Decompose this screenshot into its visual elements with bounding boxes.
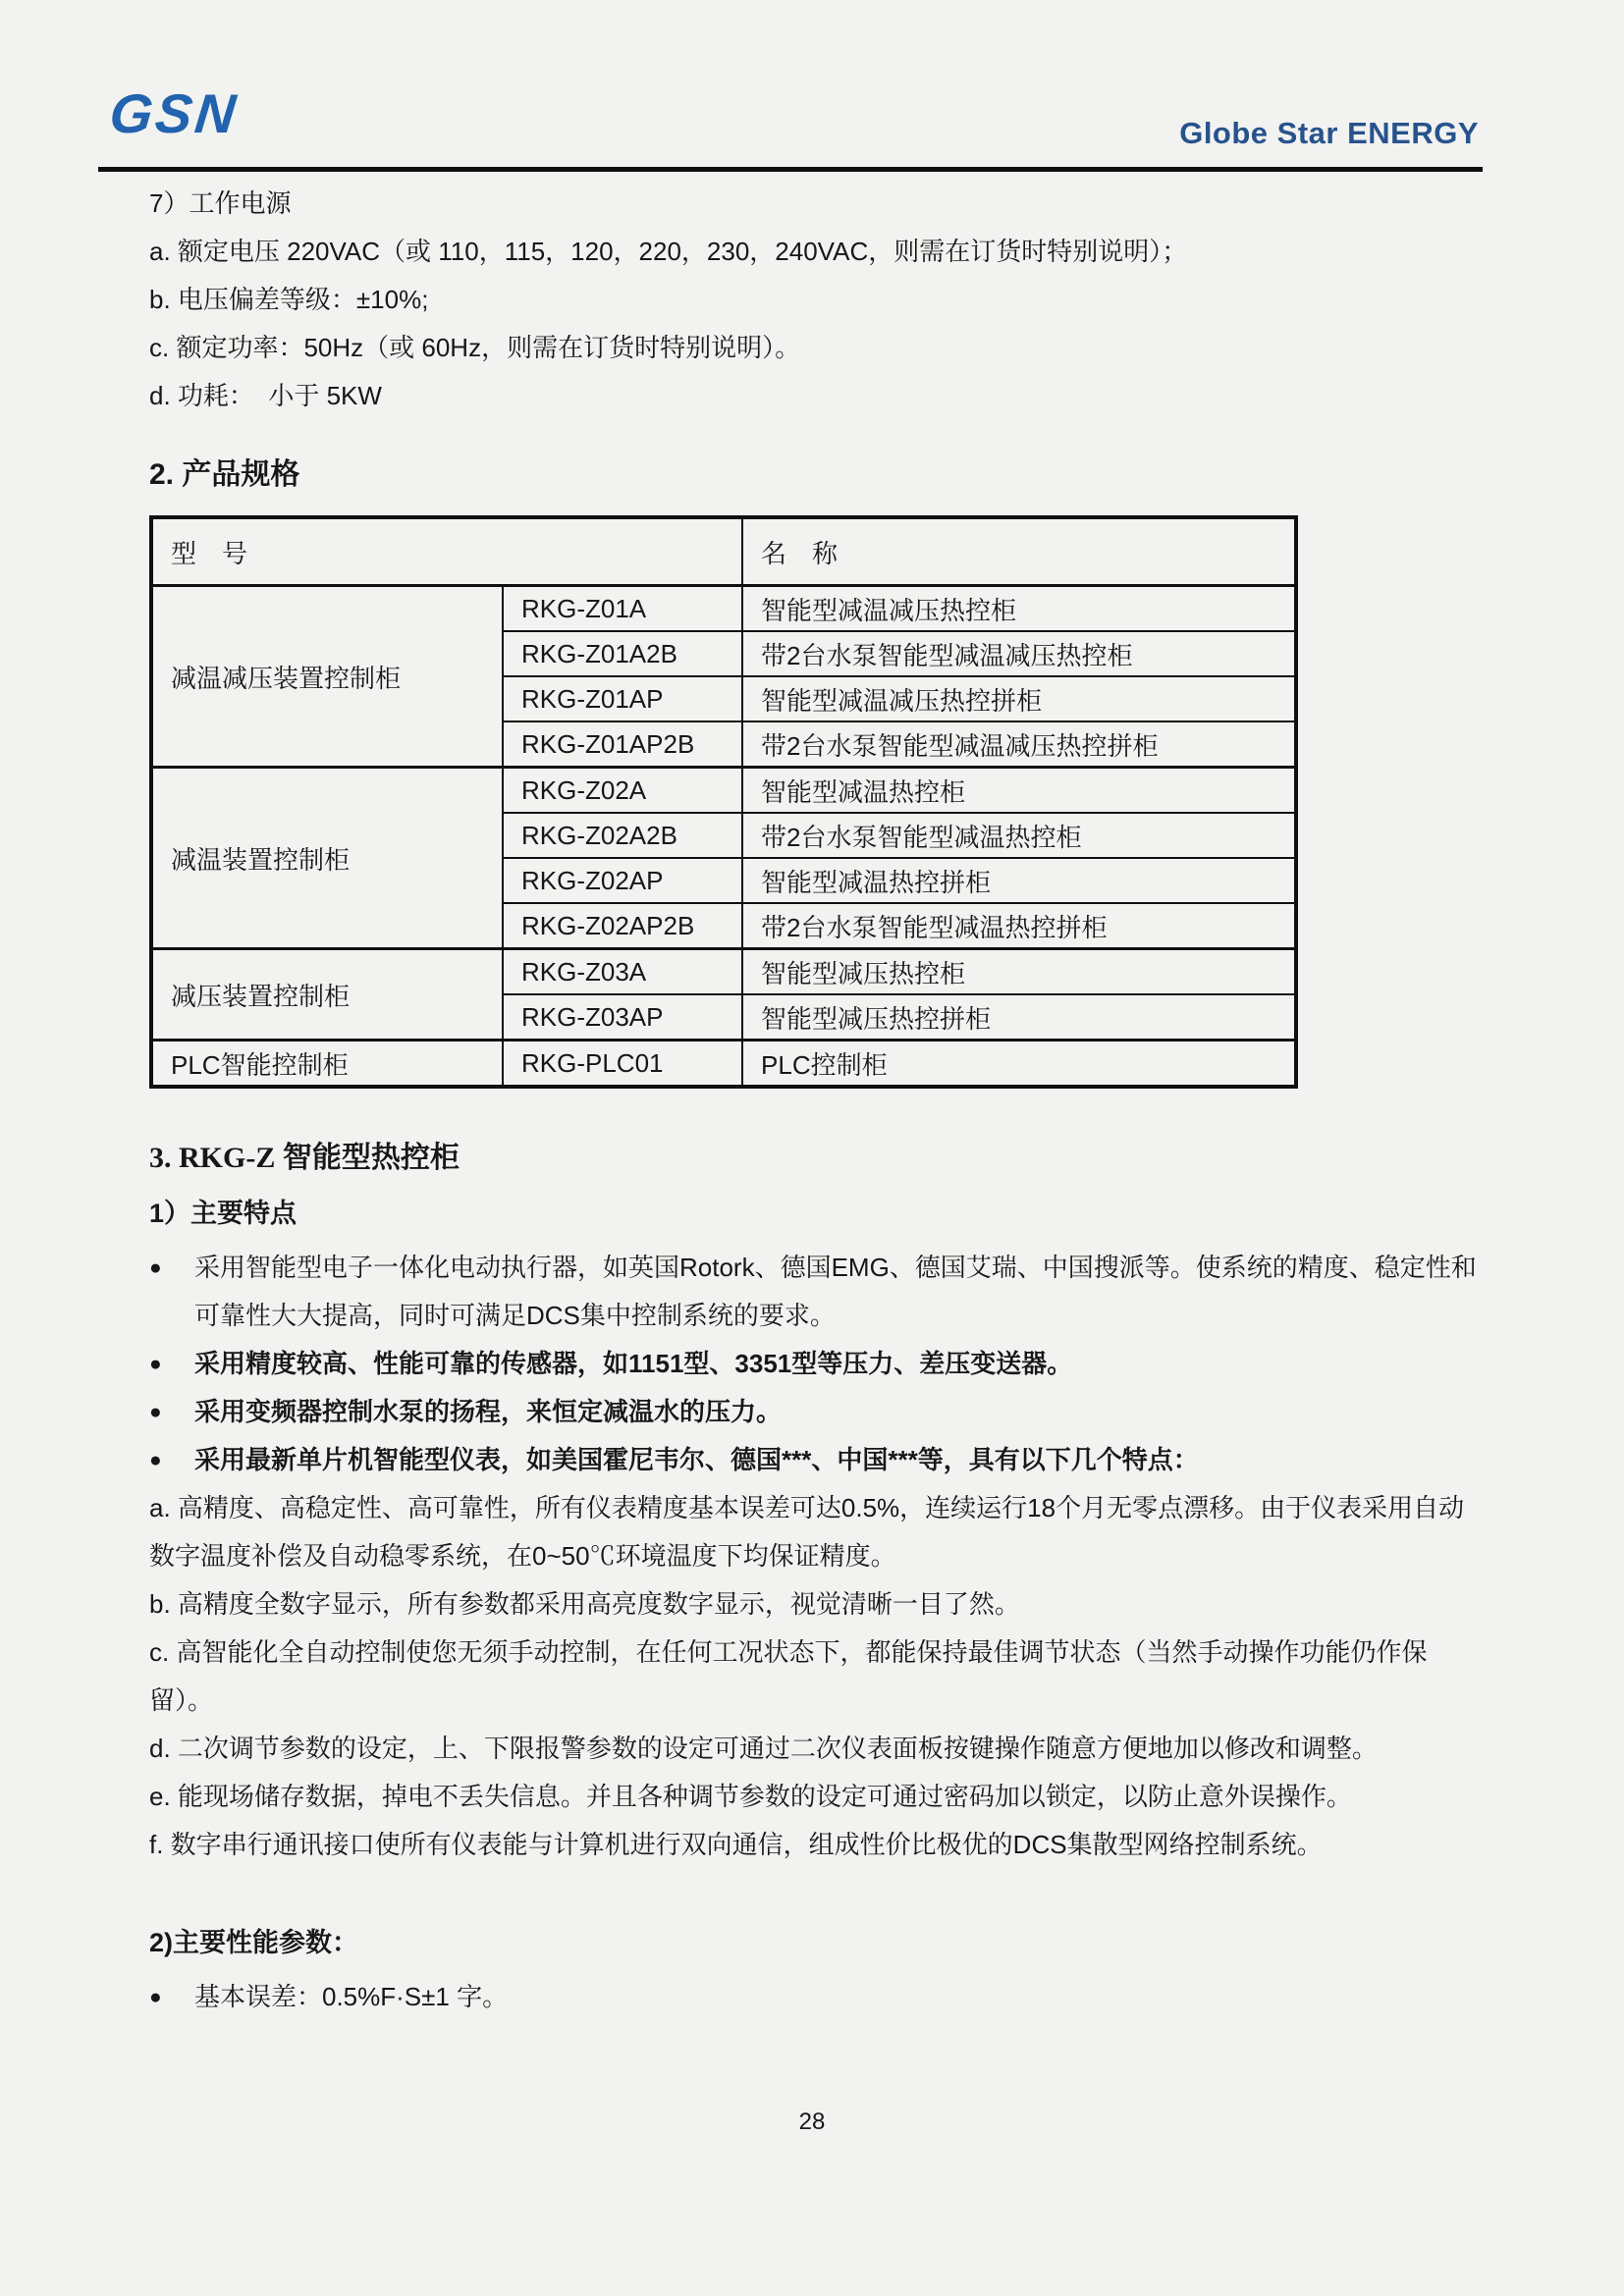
header-rule: [98, 167, 1483, 172]
model-cell: RKG-Z03AP: [503, 994, 742, 1041]
power-item-a: a. 额定电压 220VAC（或 110，115，120，220，230，240…: [149, 228, 1477, 276]
feature-item: ● 采用最新单片机智能型仪表，如美国霍尼韦尔、德国***、中国***等，具有以下…: [149, 1436, 1477, 1484]
model-cell: RKG-Z02A2B: [503, 813, 742, 858]
feature-text: 采用智能型电子一体化电动执行器，如英国Rotork、德国EMG、德国艾瑞、中国搜…: [194, 1244, 1477, 1340]
model-cell: RKG-Z01A: [503, 586, 742, 632]
name-cell: 智能型减温减压热控拼柜: [742, 676, 1296, 721]
section-power-supply: 7）工作电源 a. 额定电压 220VAC（或 110，115，120，220，…: [149, 173, 1477, 420]
table-row: 减温减压装置控制柜 RKG-Z01A 智能型减温减压热控柜: [151, 586, 1296, 632]
name-cell: 带2台水泵智能型减温热控拼柜: [742, 903, 1296, 949]
power-item-b: b. 电压偏差等级：±10%;: [149, 276, 1477, 324]
bullet-icon: ●: [149, 1973, 194, 2021]
model-cell: RKG-Z01A2B: [503, 631, 742, 676]
name-cell: PLC控制柜: [742, 1041, 1296, 1088]
bullet-icon: ●: [149, 1244, 194, 1292]
performance-list: ● 基本误差：0.5%F·S±1 字。: [149, 1973, 1477, 2021]
bullet-icon: ●: [149, 1340, 194, 1388]
page-header: GSN Globe Star ENERGY: [0, 0, 1624, 173]
name-cell: 带2台水泵智能型减温减压热控柜: [742, 631, 1296, 676]
model-cell: RKG-Z02AP2B: [503, 903, 742, 949]
lettered-item-b: b. 高精度全数字显示，所有参数都采用高亮度数字显示，视觉清晰一目了然。: [149, 1580, 1477, 1629]
table-row: 减温装置控制柜 RKG-Z02A 智能型减温热控柜: [151, 768, 1296, 814]
name-cell: 智能型减温减压热控柜: [742, 586, 1296, 632]
document-page: GSN Globe Star ENERGY 7）工作电源 a. 额定电压 220…: [0, 0, 1624, 2296]
col-header-model: 型 号: [151, 517, 742, 586]
lettered-item-a: a. 高精度、高稳定性、高可靠性，所有仪表精度基本误差可达0.5%，连续运行18…: [149, 1484, 1477, 1580]
feature-text: 采用精度较高、性能可靠的传感器，如1151型、3351型等压力、差压变送器。: [194, 1340, 1477, 1388]
feature-item: ● 采用变频器控制水泵的扬程，来恒定减温水的压力。: [149, 1388, 1477, 1436]
model-cell: RKG-Z01AP: [503, 676, 742, 721]
group-cell: PLC智能控制柜: [151, 1041, 503, 1088]
performance-subtitle: 2)主要性能参数：: [149, 1924, 1477, 1961]
power-item-c: c. 额定功率：50Hz（或 60Hz，则需在订货时特别说明）。: [149, 324, 1477, 372]
lettered-items: a. 高精度、高稳定性、高可靠性，所有仪表精度基本误差可达0.5%，连续运行18…: [149, 1484, 1477, 1869]
brand-text: Globe Star ENERGY: [1179, 116, 1479, 151]
lettered-item-d: d. 二次调节参数的设定，上、下限报警参数的设定可通过二次仪表面板按键操作随意方…: [149, 1725, 1477, 1773]
page-number: 28: [0, 2109, 1624, 2136]
group-cell: 减温装置控制柜: [151, 768, 503, 949]
gsn-logo: GSN: [107, 86, 241, 141]
feature-item: ● 采用精度较高、性能可靠的传感器，如1151型、3351型等压力、差压变送器。: [149, 1340, 1477, 1388]
table-header-row: 型 号 名 称: [151, 517, 1296, 586]
model-cell: RKG-Z01AP2B: [503, 721, 742, 768]
page-content: 7）工作电源 a. 额定电压 220VAC（或 110，115，120，220，…: [0, 173, 1624, 2021]
name-cell: 带2台水泵智能型减温热控柜: [742, 813, 1296, 858]
name-cell: 智能型减压热控柜: [742, 949, 1296, 995]
section2-title: 2. 产品规格: [149, 455, 1477, 495]
table-row: PLC智能控制柜 RKG-PLC01 PLC控制柜: [151, 1041, 1296, 1088]
product-spec-table: 型 号 名 称 减温减压装置控制柜 RKG-Z01A 智能型减温减压热控柜 RK…: [149, 515, 1298, 1089]
name-cell: 智能型减温热控柜: [742, 768, 1296, 814]
performance-item: ● 基本误差：0.5%F·S±1 字。: [149, 1973, 1477, 2021]
group-cell: 减压装置控制柜: [151, 949, 503, 1041]
power-item-d: d. 功耗： 小于 5KW: [149, 372, 1477, 420]
section7-title: 7）工作电源: [149, 180, 1477, 228]
group-cell: 减温减压装置控制柜: [151, 586, 503, 768]
features-list: ● 采用智能型电子一体化电动执行器，如英国Rotork、德国EMG、德国艾瑞、中…: [149, 1244, 1477, 1484]
name-cell: 智能型减压热控拼柜: [742, 994, 1296, 1041]
lettered-item-e: e. 能现场储存数据，掉电不丢失信息。并且各种调节参数的设定可通过密码加以锁定，…: [149, 1773, 1477, 1821]
feature-text: 采用最新单片机智能型仪表，如美国霍尼韦尔、德国***、中国***等，具有以下几个…: [194, 1436, 1477, 1484]
bullet-icon: ●: [149, 1388, 194, 1436]
performance-text: 基本误差：0.5%F·S±1 字。: [194, 1973, 1477, 2021]
bullet-icon: ●: [149, 1436, 194, 1484]
features-subtitle: 1）主要特点: [149, 1195, 1477, 1232]
section3-title: 3. RKG-Z 智能型热控柜: [149, 1138, 1477, 1179]
lettered-item-f: f. 数字串行通讯接口使所有仪表能与计算机进行双向通信，组成性价比极优的DCS集…: [149, 1821, 1477, 1869]
model-cell: RKG-Z02A: [503, 768, 742, 814]
model-cell: RKG-Z03A: [503, 949, 742, 995]
lettered-item-c: c. 高智能化全自动控制使您无须手动控制，在任何工况状态下，都能保持最佳调节状态…: [149, 1629, 1477, 1725]
feature-text: 采用变频器控制水泵的扬程，来恒定减温水的压力。: [194, 1388, 1477, 1436]
col-header-name: 名 称: [742, 517, 1296, 586]
name-cell: 带2台水泵智能型减温减压热控拼柜: [742, 721, 1296, 768]
name-cell: 智能型减温热控拼柜: [742, 858, 1296, 903]
feature-item: ● 采用智能型电子一体化电动执行器，如英国Rotork、德国EMG、德国艾瑞、中…: [149, 1244, 1477, 1340]
model-cell: RKG-PLC01: [503, 1041, 742, 1088]
table-row: 减压装置控制柜 RKG-Z03A 智能型减压热控柜: [151, 949, 1296, 995]
model-cell: RKG-Z02AP: [503, 858, 742, 903]
